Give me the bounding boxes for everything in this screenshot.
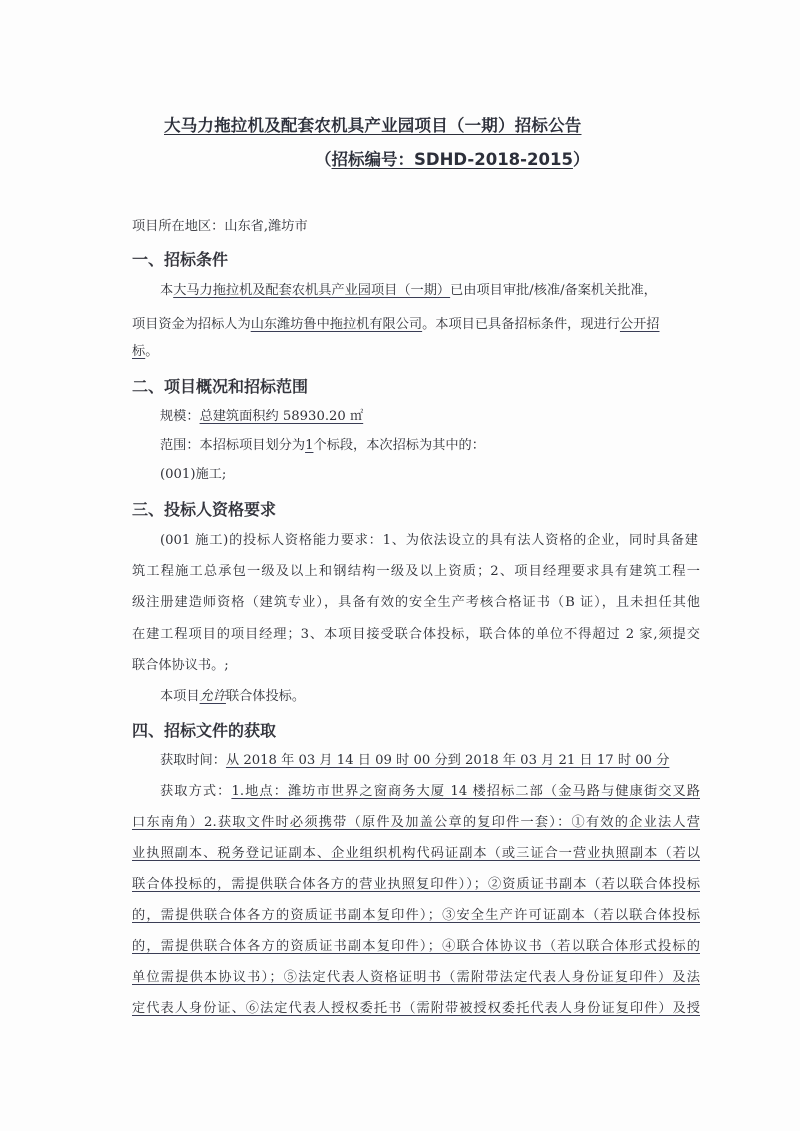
scale-label: 规模： (160, 409, 200, 424)
acquisition-method-line-2: 口东南角）2.获取文件时必须携带（原件及加盖公章的复印件一套）：①有效的企业法人… (132, 814, 700, 832)
project-range: 范围：本招标项目划分为1个标段，本次招标为其中的： (160, 437, 485, 455)
tender-method-cont: 标 (132, 344, 145, 359)
qualification-line-3: 级注册建造师资格（建筑专业），具备有效的安全生产考核合格证书（B 证），且未担任… (132, 594, 700, 612)
scanned-document-page: 大马力拖拉机及配套农机具产业园项目（一期）招标公告 （招标编号：SDHD-201… (0, 0, 800, 1131)
section-heading-4: 四、招标文件的获取 (132, 718, 276, 741)
text: 。本项目已具备招标条件，现进行 (422, 317, 620, 332)
section-1-line-2: 项目资金为招标人为山东潍坊鲁中拖拉机有限公司。本项目已具备招标条件，现进行公开招 (132, 316, 660, 334)
text: 本项目 (160, 689, 200, 704)
time-label: 获取时间： (160, 753, 226, 768)
acquisition-method-line-6: 的，需提供联合体各方的资质证书副本复印件）；④联合体协议书（若以联合体形式投标的 (132, 938, 700, 956)
section-heading-2: 二、项目概况和招标范围 (132, 374, 308, 397)
acquisition-method-line-4: 联合体投标的，需提供联合体各方的营业执照复印件））；②资质证书副本（若以联合体投… (132, 876, 700, 894)
text: 。 (145, 344, 158, 359)
section-heading-1: 一、招标条件 (132, 247, 228, 270)
project-region: 项目所在地区：山东省,潍坊市 (132, 218, 308, 236)
tender-method: 公开招 (620, 317, 660, 332)
acquisition-method-line-3: 业执照副本、税务登记证副本、企业组织机构代码证副本（或三证合一营业执照副本（若以 (132, 845, 700, 863)
consortium-value: 允许 (200, 689, 226, 704)
project-scale: 规模：总建筑面积约 58930.20 ㎡ (160, 408, 363, 426)
qualification-line-5: 联合体协议书。; (132, 657, 229, 675)
acquisition-method-line-1: 获取方式：1.地点：潍坊市世界之窗商务大厦 14 楼招标二部（金马路与健康街交叉… (160, 783, 700, 801)
method-label: 获取方式： (160, 784, 231, 799)
text: 范围：本招标项目划分为 (160, 438, 305, 453)
acquisition-time: 获取时间：从 2018 年 03 月 14 日 09 时 00 分到 2018 … (160, 752, 669, 770)
tender-number: （招标编号：SDHD-2018-2015） (315, 146, 589, 170)
consortium-statement: 本项目允许联合体投标。 (160, 688, 305, 706)
project-name: 大马力拖拉机及配套农机具产业园项目（一期） (173, 283, 450, 298)
lot-item: (001)施工; (160, 466, 226, 484)
qualification-line-4: 在建工程项目的项目经理；3、本项目接受联合体投标，联合体的单位不得超过 2 家,… (132, 626, 700, 644)
text: 本 (160, 283, 173, 298)
acquisition-method-line-5: 的，需提供联合体各方的资质证书副本复印件）；③安全生产许可证副本（若以联合体投标 (132, 907, 700, 925)
tenderer-name: 山东潍坊鲁中拖拉机有限公司 (251, 317, 422, 332)
document-title: 大马力拖拉机及配套农机具产业园项目（一期）招标公告 (164, 112, 582, 136)
region-value: 山东省,潍坊市 (224, 219, 307, 234)
paren-close: ） (573, 150, 590, 169)
method-text: 1.地点：潍坊市世界之窗商务大厦 14 楼招标二部（金马路与健康街交叉路 (231, 784, 700, 799)
section-1-line-3: 标。 (132, 343, 158, 361)
text: 个标段，本次招标为其中的： (313, 438, 484, 453)
text: 项目资金为招标人为 (132, 317, 251, 332)
acquisition-method-line-8: 定代表人身份证、⑥法定代表人授权委托书（需附带被授权委托代表人身份证复印件）及授 (132, 1000, 700, 1018)
region-label: 项目所在地区： (132, 219, 224, 234)
tender-code: 招标编号：SDHD-2018-2015 (332, 150, 573, 169)
qualification-line-2: 筑工程施工总承包一级及以上和钢结构一级及以上资质；2、项目经理要求具有建筑工程一 (132, 563, 700, 581)
paren-open: （ (315, 150, 332, 169)
qualification-line-1: (001 施工)的投标人资格能力要求：1、为依法设立的具有法人资格的企业，同时具… (160, 532, 698, 550)
acquisition-method-line-7: 单位需提供本协议书）；⑤法定代表人资格证明书（需附带法定代表人身份证复印件）及法 (132, 969, 700, 987)
section-heading-3: 三、投标人资格要求 (132, 497, 276, 520)
section-1-line-1: 本大马力拖拉机及配套农机具产业园项目（一期）已由项目审批/核准/备案机关批准， (160, 282, 657, 300)
text: 已由项目审批/核准/备案机关批准， (450, 283, 657, 298)
time-value: 从 2018 年 03 月 14 日 09 时 00 分到 2018 年 03 … (226, 753, 669, 768)
text: 联合体投标。 (226, 689, 305, 704)
scale-value: 总建筑面积约 58930.20 ㎡ (200, 409, 364, 424)
